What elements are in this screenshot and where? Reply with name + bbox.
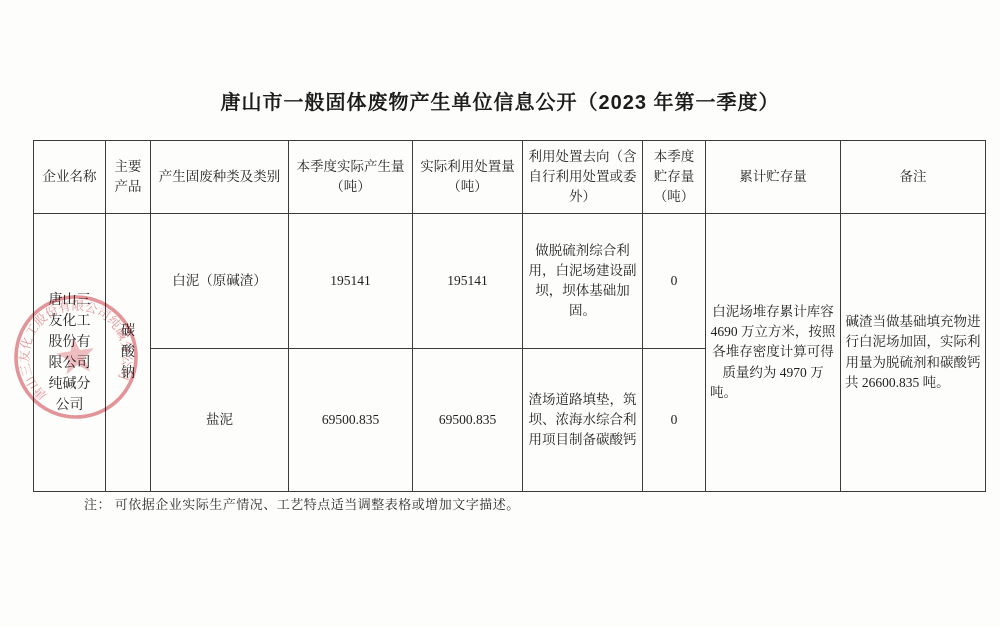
col-header-remarks: 备注 — [841, 141, 986, 214]
col-header-company: 企业名称 — [34, 141, 106, 214]
cell-stored-qty: 0 — [643, 214, 706, 349]
cell-produced-qty: 195141 — [289, 214, 413, 349]
col-header-destination: 利用处置去向（含自行利用处置或委外） — [523, 141, 643, 214]
col-header-stored-qty-label: 本季度贮存量（吨） — [653, 147, 695, 208]
cell-produced-qty: 69500.835 — [289, 349, 413, 492]
col-header-produced-qty: 本季度实际产生量（吨） — [289, 141, 413, 214]
cell-destination: 渣场道路填垫，筑坝、浓海水综合利用项目制备碳酸钙 — [523, 349, 643, 492]
cell-disposed-qty: 69500.835 — [413, 349, 523, 492]
col-header-disposed-qty: 实际利用处置量（吨） — [413, 141, 523, 214]
cell-destination: 做脱硫剂综合利用，白泥场建设副坝，坝体基础加固。 — [523, 214, 643, 349]
col-header-stored-qty: 本季度贮存量（吨） — [643, 141, 706, 214]
cell-disposed-qty: 195141 — [413, 214, 523, 349]
cell-waste-type: 盐泥 — [151, 349, 289, 492]
cell-company-name: 唐山三友化工股份有限公司纯碱分公司 — [34, 214, 106, 492]
col-header-waste-type: 产生固废种类及类别 — [151, 141, 289, 214]
waste-disclosure-table: 企业名称 主要产品 产生固废种类及类别 本季度实际产生量（吨） 实际利用处置量（… — [33, 140, 986, 492]
page-title: 唐山市一般固体废物产生单位信息公开（2023 年第一季度） — [0, 86, 1000, 115]
col-header-cumulative-storage: 累计贮存量 — [706, 141, 841, 214]
table-header-row: 企业名称 主要产品 产生固废种类及类别 本季度实际产生量（吨） 实际利用处置量（… — [34, 141, 986, 214]
cell-remarks: 碱渣当做基础填充物进行白泥场加固，实际利用量为脱硫剂和碳酸钙共 26600.83… — [841, 214, 986, 492]
cell-cumulative-storage: 白泥场堆存累计库容 4690 万立方米，按照各堆存密度计算可得质量约为 4970… — [706, 214, 841, 492]
main-product-text: 碳酸钠 — [120, 321, 136, 384]
cell-waste-type: 白泥（原碱渣） — [151, 214, 289, 349]
table-row: 唐山三友化工股份有限公司纯碱分公司 碳酸钠 白泥（原碱渣） 195141 195… — [34, 214, 986, 349]
table-footnote: 注： 可依据企业实际生产情况、工艺特点适当调整表格或增加文字描述。 — [84, 494, 520, 513]
cell-main-product: 碳酸钠 — [106, 214, 151, 492]
company-name-text: 唐山三友化工股份有限公司纯碱分公司 — [48, 290, 92, 416]
cell-stored-qty: 0 — [643, 349, 706, 492]
document-page: 唐山市一般固体废物产生单位信息公开（2023 年第一季度） 企业名称 主要产品 … — [0, 0, 1000, 627]
col-header-main-product: 主要产品 — [106, 141, 151, 214]
